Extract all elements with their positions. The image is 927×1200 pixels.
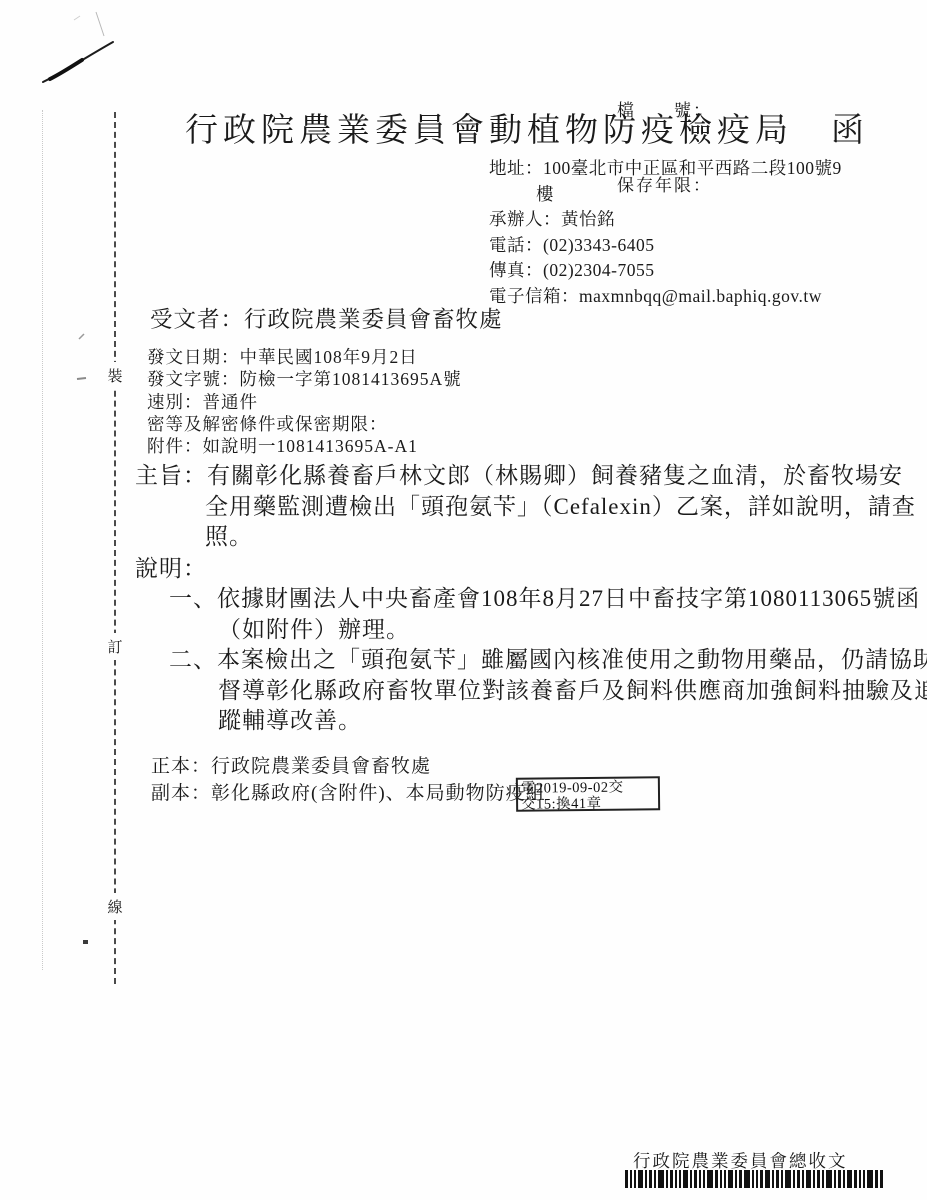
- explanation-label: 說明：: [135, 554, 901, 585]
- sender-phone: 電話：(02)3343-6405: [489, 233, 842, 259]
- binding-mark-zhuang: 裝: [105, 362, 125, 389]
- subject-text: 有關彰化縣養畜戶林文郎（林賜卿）飼養豬隻之血清，於畜牧場安全用藥監測遭檢出「頭孢…: [205, 463, 916, 549]
- original-copy-line: 正本：行政院農業委員會畜牧處: [151, 754, 546, 781]
- binding-mark-ding: 訂: [105, 633, 125, 660]
- sender-address-line1: 地址：100臺北市中正區和平西路二段100號9: [489, 156, 842, 182]
- subject-label: 主旨：: [135, 463, 207, 488]
- cc-copy-line: 副本：彰化縣政府(含附件)、本局動物防疫組: [151, 781, 546, 808]
- doc-number-line: 發文字號：防檢一字第1081413695A號: [147, 368, 462, 390]
- binding-dashed-line: [114, 112, 116, 984]
- item-text: 本案檢出之「頭孢氨苄」雖屬國內核准使用之動物用藥品，仍請協助督導彰化縣政府畜牧單…: [217, 647, 927, 733]
- document-meta-block: 發文日期：中華民國108年9月2日 發文字號：防檢一字第1081413695A號…: [147, 346, 462, 457]
- exchange-stamp-line2: 交15:換41章: [521, 795, 655, 812]
- item-number: 二、: [169, 647, 217, 672]
- exchange-stamp-line1: 電2019-09-02交: [521, 779, 655, 796]
- explanation-item-1: 一、依據財團法人中央畜產會108年8月27日中畜技字第1080113065號函（…: [169, 584, 927, 645]
- sender-fax: 傳真：(02)2304-7055: [489, 258, 842, 284]
- sender-address-line2: 樓: [489, 182, 842, 208]
- explanation-item-2: 二、本案檢出之「頭孢氨苄」雖屬國內核准使用之動物用藥品，仍請協助督導彰化縣政府畜…: [169, 645, 927, 737]
- sender-email: 電子信箱：maxmnbqq@mail.baphiq.gov.tw: [489, 284, 842, 310]
- item-number: 一、: [169, 586, 217, 611]
- scanned-official-letter: 裝 訂 線 檔 號： 保存年限： 行政院農業委員會動植物防疫檢疫局 函 地址：1…: [0, 0, 927, 1200]
- subject-paragraph: 主旨：有關彰化縣養畜戶林文郎（林賜卿）飼養豬隻之血清，於畜牧場安全用藥監測遭檢出…: [135, 461, 925, 553]
- scanner-edge-line: [42, 110, 43, 970]
- sender-contact-person: 承辦人：黃怡銘: [489, 207, 842, 233]
- priority-line: 速別：普通件: [147, 391, 462, 413]
- binding-mark-xian: 線: [105, 893, 125, 920]
- sender-contact-block: 地址：100臺北市中正區和平西路二段100號9 樓 承辦人：黃怡銘 電話：(02…: [489, 156, 842, 309]
- document-title: 行政院農業委員會動植物防疫檢疫局 函: [185, 104, 835, 151]
- letter-body: 主旨：有關彰化縣養畜戶林文郎（林賜卿）飼養豬隻之血清，於畜牧場安全用藥監測遭檢出…: [135, 461, 901, 737]
- barcode: [625, 1170, 885, 1188]
- electronic-exchange-stamp: 電2019-09-02交 交15:換41章: [516, 776, 660, 812]
- security-line: 密等及解密條件或保密期限：: [147, 413, 462, 435]
- distribution-block: 正本：行政院農業委員會畜牧處 副本：彰化縣政府(含附件)、本局動物防疫組: [151, 754, 546, 807]
- attachment-line: 附件：如說明一1081413695A-A1: [147, 435, 462, 457]
- item-text: 依據財團法人中央畜產會108年8月27日中畜技字第1080113065號函（如附…: [217, 586, 920, 642]
- issue-date-line: 發文日期：中華民國108年9月2日: [147, 346, 462, 368]
- recipient-line: 受文者：行政院農業委員會畜牧處: [150, 302, 503, 334]
